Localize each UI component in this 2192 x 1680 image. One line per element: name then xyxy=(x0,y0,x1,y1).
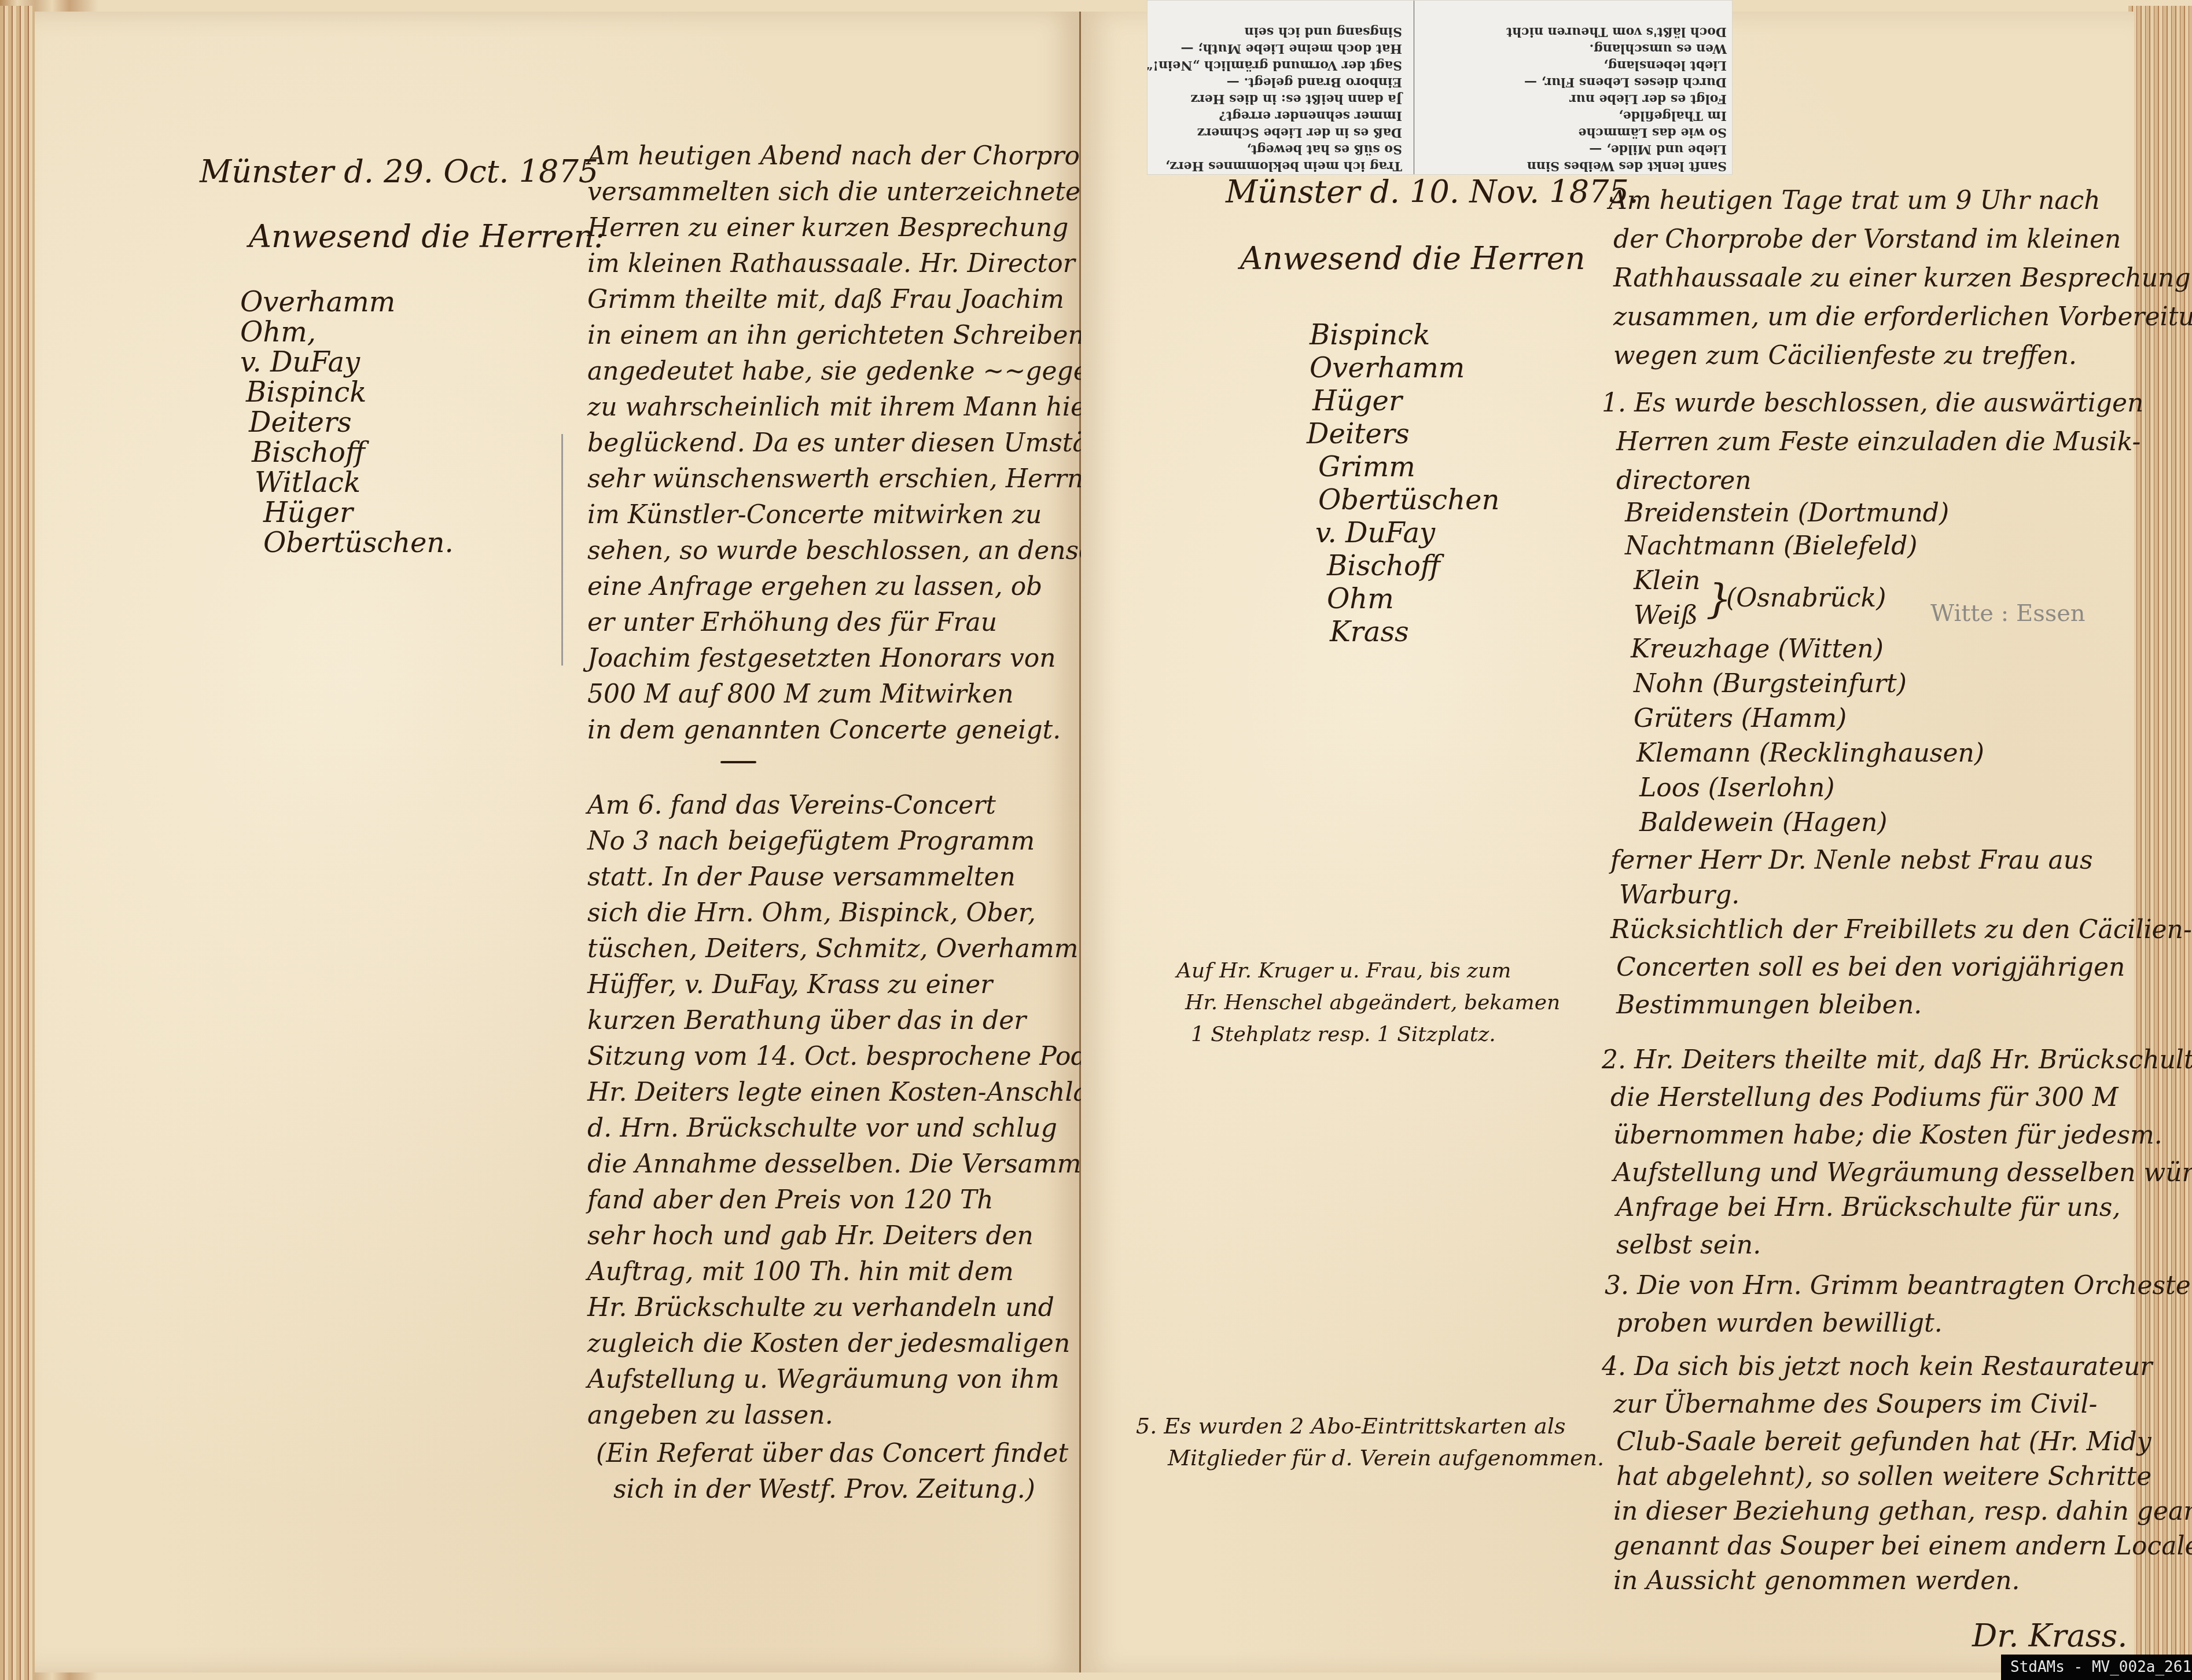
text-line: angeben zu lassen. xyxy=(587,1403,833,1428)
clipping-line: Liebt lebenslang, xyxy=(1414,57,1727,73)
text-line: Concerten soll es bei den vorigjährigen xyxy=(1616,955,2125,980)
clipping-line: Daß es in der Liebe Schmerz xyxy=(1153,124,1402,141)
text-line: Am 6. fand das Vereins-Concert xyxy=(587,793,996,818)
text-line: hat abgelehnt), so sollen weitere Schrit… xyxy=(1616,1464,2151,1490)
text-line: zusammen, um die erforderlichen Vorberei… xyxy=(1613,304,2192,330)
text-line: Mitglieder für d. Verein aufgenommen. xyxy=(1168,1447,1604,1469)
director-city: (Iserlohn) xyxy=(1708,773,1835,803)
attendance-heading: Anwesend die Herren: xyxy=(249,221,605,252)
text-line: No 3 nach beigefügtem Programm xyxy=(587,829,1035,854)
newspaper-clipping: Trag ich mein beklommnes Herz, So süß es… xyxy=(1147,0,1733,175)
attendee: Overhamm xyxy=(240,288,395,316)
text-line: Aufstellung und Wegräumung desselben wür… xyxy=(1613,1160,2192,1186)
text-line: proben wurden bewilligt. xyxy=(1616,1311,1943,1336)
director-name: Klemann xyxy=(1636,738,1751,768)
attendee: v. DuFay xyxy=(240,348,360,376)
attendee: Bischoff xyxy=(1327,552,1440,580)
clipping-line: Folgt es der Liebe nur xyxy=(1414,90,1727,107)
text-line: 3. Die von Hrn. Grimm beantragten Orches… xyxy=(1605,1273,2192,1299)
text-line: im kleinen Rathaussaale. Hr. Director xyxy=(587,251,1075,277)
director-entry: Breidenstein (Dortmund) xyxy=(1625,501,1949,526)
text-line: im Künstler-Concerte mitwirken zu xyxy=(587,502,1042,528)
director-city: (Hagen) xyxy=(1782,808,1887,837)
text-line: sehen, so wurde beschlossen, an denselbe… xyxy=(587,538,1150,564)
archive-label: StdAMs - MV_002a_261 xyxy=(2001,1655,2192,1680)
pencil-margin-mark xyxy=(561,434,563,666)
director-entry: Nohn (Burgsteinfurt) xyxy=(1634,671,1907,697)
clipping-line: So wie das Lämmche xyxy=(1414,124,1727,141)
clipping-line: Im Thalgefilde, xyxy=(1414,107,1727,124)
text-line: Herren zu einer kurzen Besprechung xyxy=(587,215,1068,241)
text-line: Hr. Henschel abgeändert, bekamen xyxy=(1185,992,1560,1013)
director-city: (Bielefeld) xyxy=(1783,531,1917,561)
text-line: tüschen, Deiters, Schmitz, Overhamm xyxy=(587,936,1078,962)
attendee: Deiters xyxy=(1307,420,1410,448)
clipping-line: So süß es hat bewegt, xyxy=(1153,141,1402,157)
clipping-line: Singsang und ich sein xyxy=(1153,23,1402,40)
text-line: kurzen Berathung über das in der xyxy=(587,1008,1026,1034)
attendee: Bispinck xyxy=(246,378,366,406)
text-line: statt. In der Pause versammelten xyxy=(587,865,1016,890)
text-line: versammelten sich die unterzeichneten xyxy=(587,179,1097,205)
book-spread: Münster d. 29. Oct. 1875 Anwesend die He… xyxy=(0,0,2192,1680)
text-line: ferner Herr Dr. Nenle nebst Frau aus xyxy=(1610,848,2093,873)
clipping-line: Sanft lenkt des Weibes Sinn xyxy=(1414,157,1727,174)
director-name: Baldewein xyxy=(1639,808,1774,837)
director-name: Klein xyxy=(1634,566,1700,595)
attendee: Hüger xyxy=(263,499,353,527)
text-line: er unter Erhöhung des für Frau xyxy=(587,610,997,635)
right-page: Münster d. 10. Nov. 1875. Anwesend die H… xyxy=(1081,12,2134,1672)
text-line: übernommen habe; die Kosten für jedesm. xyxy=(1613,1123,2162,1148)
clipping-line: Doch läßt's vom Theuren nicht xyxy=(1414,23,1727,40)
clipping-line: Hat doch meine Liebe Muth; — xyxy=(1153,40,1402,57)
text-line: Auftrag, mit 100 Th. hin mit dem xyxy=(587,1259,1014,1285)
clipping-line: Trag ich mein beklommnes Herz, xyxy=(1153,157,1402,174)
text-line: 500 M auf 800 M zum Mitwirken xyxy=(587,682,1014,707)
text-line: Bestimmungen bleiben. xyxy=(1616,992,1922,1018)
text-line: Club-Saale bereit gefunden hat (Hr. Midy xyxy=(1616,1429,2151,1455)
director-entry: Kreuzhage (Witten) xyxy=(1631,637,1884,662)
text-line: Am heutigen Abend nach der Chorprobe xyxy=(587,144,1111,169)
director-entry: Nachtmann (Bielefeld) xyxy=(1625,534,1917,559)
text-line: Hüffer, v. DuFay, Krass zu einer xyxy=(587,972,992,998)
text-line: directoren xyxy=(1616,468,1752,494)
text-line: sehr hoch und gab Hr. Deiters den xyxy=(587,1223,1034,1249)
text-line: selbst sein. xyxy=(1616,1233,1761,1258)
entry-date: Münster d. 10. Nov. 1875. xyxy=(1226,177,1639,208)
director-entry: Klemann (Recklinghausen) xyxy=(1636,741,1984,766)
director-entry: Weiß xyxy=(1634,603,1698,628)
text-line: eine Anfrage ergehen zu lassen, ob xyxy=(587,574,1042,600)
text-line: in Aussicht genommen werden. xyxy=(1613,1568,2020,1594)
left-page: Münster d. 29. Oct. 1875 Anwesend die He… xyxy=(35,12,1081,1672)
text-line: fand aber den Preis von 120 Th xyxy=(587,1188,994,1213)
pencil-annotation: Witte : Essen xyxy=(1930,602,2086,625)
clipping-line: Ja dann heißt es: in dies Herz xyxy=(1153,90,1402,107)
attendee: Obertüschen. xyxy=(263,529,454,557)
section-divider xyxy=(720,761,756,763)
text-line: die Herstellung des Podiums für 300 M xyxy=(1610,1085,2119,1111)
attendee: Ohm, xyxy=(240,318,316,346)
director-city: (Burgsteinfurt) xyxy=(1712,669,1907,699)
attendee: v. DuFay xyxy=(1315,519,1435,547)
director-city: (Witten) xyxy=(1778,634,1884,664)
text-line: zu wahrscheinlich mit ihrem Mann hier xyxy=(587,395,1098,420)
entry-date: Münster d. 29. Oct. 1875 xyxy=(200,156,598,188)
director-name: Kreuzhage xyxy=(1631,634,1770,664)
attendance-heading: Anwesend die Herren xyxy=(1240,243,1586,274)
text-line: die Annahme desselben. Die Versammlung xyxy=(587,1152,1138,1177)
text-line: Warburg. xyxy=(1619,883,1739,908)
text-line: Auf Hr. Kruger u. Frau, bis zum xyxy=(1176,961,1511,981)
director-city: (Dortmund) xyxy=(1798,498,1949,528)
text-line: Hr. Deiters legte einen Kosten-Anschlag xyxy=(587,1080,1105,1105)
text-line: Sitzung vom 14. Oct. besprochene Podium. xyxy=(587,1044,1144,1069)
text-line: Anfrage bei Hrn. Brückschulte für uns, xyxy=(1616,1195,2120,1221)
director-city: (Osnabrück) xyxy=(1726,586,1886,611)
attendee: Witlack xyxy=(255,469,361,497)
director-entry: Grüters (Hamm) xyxy=(1634,706,1847,731)
director-name: Loos xyxy=(1639,773,1700,803)
director-city: (Hamm) xyxy=(1741,704,1847,733)
director-name: Grüters xyxy=(1634,704,1733,733)
text-line: in dem genannten Concerte geneigt. xyxy=(587,718,1061,743)
text-line: wegen zum Cäcilienfeste zu treffen. xyxy=(1613,343,2077,369)
text-line: genannt das Souper bei einem andern Loca… xyxy=(1613,1534,2192,1559)
clipping-column-left: Sanft lenkt des Weibes Sinn Liebe und Mi… xyxy=(1414,1,1727,175)
text-line: sich die Hrn. Ohm, Bispinck, Ober, xyxy=(587,900,1036,926)
director-entry: Klein xyxy=(1634,568,1700,594)
clipping-line: Wen es umschlang. xyxy=(1414,40,1727,57)
director-name: Weiß xyxy=(1634,601,1698,630)
attendee: Obertüschen xyxy=(1318,486,1499,514)
text-line: (Ein Referat über das Concert findet xyxy=(596,1441,1068,1466)
text-line: Hr. Brückschulte zu verhandeln und xyxy=(587,1295,1054,1321)
director-entry: Loos (Iserlohn) xyxy=(1639,775,1834,801)
text-line: 1. Es wurde beschlossen, die auswärtigen xyxy=(1602,391,2143,416)
text-line: 4. Da sich bis jetzt noch kein Restaurat… xyxy=(1602,1354,2152,1380)
text-line: der Chorprobe der Vorstand im kleinen xyxy=(1613,227,2121,252)
clipping-line: Immer sehnender erregt? xyxy=(1153,107,1402,124)
clipping-line: Sagt der Vormund grämlich „Nein!“ xyxy=(1153,57,1402,73)
text-line: d. Hrn. Brückschulte vor und schlug xyxy=(587,1116,1057,1141)
text-line: Grimm theilte mit, daß Frau Joachim xyxy=(587,287,1064,313)
text-line: Rücksichtlich der Freibillets zu den Cäc… xyxy=(1610,917,2192,943)
clipping-column-right: Trag ich mein beklommnes Herz, So süß es… xyxy=(1153,1,1402,175)
left-page-edges xyxy=(0,6,35,1680)
director-name: Nachtmann xyxy=(1625,531,1775,561)
text-line: zugleich die Kosten der jedesmaligen xyxy=(587,1331,1070,1357)
director-name: Breidenstein xyxy=(1625,498,1790,528)
director-entry: Baldewein (Hagen) xyxy=(1639,810,1887,836)
text-line: Am heutigen Tage trat um 9 Uhr nach xyxy=(1609,188,2100,214)
attendee: Bischoff xyxy=(252,439,365,466)
text-line: Rathhaussaale zu einer kurzen Besprechun… xyxy=(1613,266,2191,291)
text-line: sich in der Westf. Prov. Zeitung.) xyxy=(613,1477,1035,1502)
clipping-line: Einboro Brand gelegt. — xyxy=(1153,73,1402,90)
clipping-line: Durch dieses Lebens Flur, — xyxy=(1414,73,1727,90)
text-line: Herren zum Feste einzuladen die Musik- xyxy=(1616,429,2140,455)
attendee: Ohm xyxy=(1327,585,1394,613)
text-line: in dieser Beziehung gethan, resp. dahin … xyxy=(1613,1499,2192,1524)
attendee: Hüger xyxy=(1312,387,1402,415)
text-line: zur Übernahme des Soupers im Civil- xyxy=(1613,1392,2097,1417)
director-name: Nohn xyxy=(1634,669,1704,699)
attendee: Krass xyxy=(1330,618,1409,646)
signature: Dr. Krass. xyxy=(1972,1620,2127,1652)
text-line: Joachim festgesetzten Honorars von xyxy=(587,646,1056,671)
text-line: in einem an ihn gerichteten Schreiben xyxy=(587,323,1084,348)
director-city: (Recklinghausen) xyxy=(1759,738,1984,768)
attendee: Bispinck xyxy=(1310,321,1430,349)
clipping-line: Liebe und Milde, — xyxy=(1414,141,1727,157)
attendee: Overhamm xyxy=(1310,354,1465,382)
text-line: beglückend. Da es unter diesen Umständen xyxy=(587,431,1152,456)
text-line: 5. Es wurden 2 Abo-Eintrittskarten als xyxy=(1136,1415,1565,1437)
text-line: 1 Stehplatz resp. 1 Sitzplatz. xyxy=(1191,1024,1496,1045)
text-line: 2. Hr. Deiters theilte mit, daß Hr. Brüc… xyxy=(1602,1047,2192,1073)
attendee: Grimm xyxy=(1318,453,1415,481)
attendee: Deiters xyxy=(249,409,352,436)
text-line: Aufstellung u. Wegräumung von ihm xyxy=(587,1367,1060,1392)
